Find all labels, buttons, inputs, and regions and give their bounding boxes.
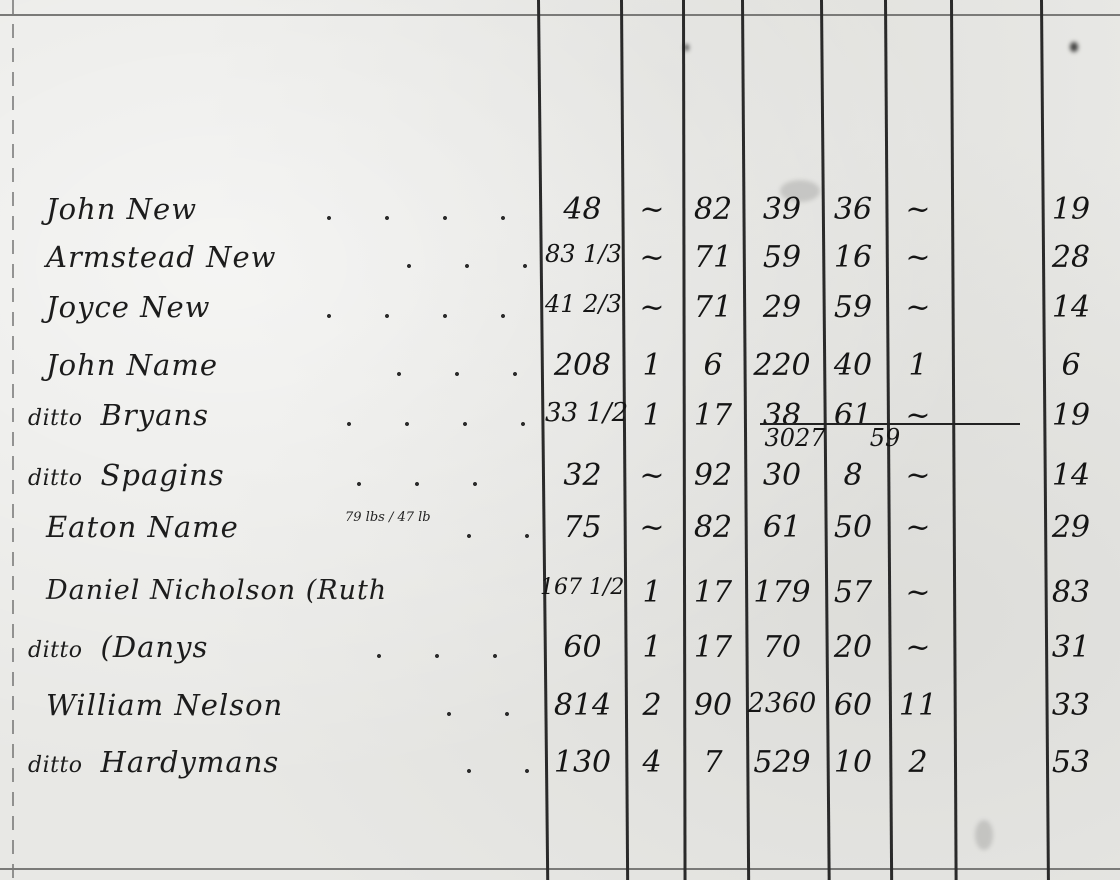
ink-dot bbox=[684, 44, 689, 51]
cell-c5: 57 bbox=[822, 575, 884, 610]
subtotal-c4: 3027 bbox=[760, 424, 830, 452]
dot-leader bbox=[350, 654, 530, 658]
ledger-row: John New 48 ~ 82 39 36 ~ 19 bbox=[0, 192, 1120, 244]
cell-c1: 75 bbox=[545, 510, 620, 545]
cell-c5: 36 bbox=[822, 192, 884, 227]
dot-leader bbox=[300, 314, 530, 318]
cell-c2: 1 bbox=[622, 630, 682, 665]
cell-c4: 2360 bbox=[743, 688, 821, 719]
cell-c2: 1 bbox=[622, 575, 682, 610]
cell-c4: 59 bbox=[743, 240, 821, 275]
cell-c4: 179 bbox=[743, 575, 821, 610]
cell-c1: 41 2/3 bbox=[545, 290, 620, 318]
cell-c7: 33 bbox=[1040, 688, 1102, 723]
entry-name: Eaton Name bbox=[28, 510, 239, 544]
cell-c3: 17 bbox=[684, 398, 742, 433]
cell-c6: ~ bbox=[886, 240, 950, 275]
cell-c6: 1 bbox=[886, 348, 950, 383]
cell-c4: 30 bbox=[743, 458, 821, 493]
cell-c2: 2 bbox=[622, 688, 682, 723]
cell-c3: 7 bbox=[684, 745, 742, 780]
entry-name: John New bbox=[28, 192, 197, 226]
entry-name: John Name bbox=[28, 348, 218, 382]
cell-c5: 59 bbox=[822, 290, 884, 325]
cell-c7: 14 bbox=[1040, 458, 1102, 493]
dot-leader bbox=[370, 372, 530, 376]
cell-c4: 29 bbox=[743, 290, 821, 325]
cell-c6: 11 bbox=[886, 688, 950, 723]
cell-c7: 83 bbox=[1040, 575, 1102, 610]
cell-c3: 17 bbox=[684, 575, 742, 610]
entry-name: dittoHardymans bbox=[28, 745, 279, 779]
entry-name: Armstead New bbox=[28, 240, 276, 274]
entry-name: Joyce New bbox=[28, 290, 210, 324]
entry-name: William Nelson bbox=[28, 688, 283, 722]
cell-c3: 71 bbox=[684, 240, 742, 275]
dot-leader bbox=[300, 216, 530, 220]
dot-leader bbox=[380, 264, 530, 268]
cell-c7: 19 bbox=[1040, 192, 1102, 227]
cell-c3: 90 bbox=[684, 688, 742, 723]
cell-c3: 82 bbox=[684, 510, 742, 545]
cell-c6: 2 bbox=[886, 745, 950, 780]
cell-c3: 6 bbox=[684, 348, 742, 383]
cell-c2: ~ bbox=[622, 290, 682, 325]
dot-leader bbox=[440, 769, 530, 773]
ledger-row: Armstead New 83 1/3 ~ 71 59 16 ~ 28 bbox=[0, 240, 1120, 292]
entry-name: ditto(Danys bbox=[28, 630, 208, 664]
cell-c6: ~ bbox=[886, 630, 950, 665]
cell-c5: 40 bbox=[822, 348, 884, 383]
entry-name: dittoBryans bbox=[28, 398, 209, 432]
dot-leader bbox=[420, 712, 530, 716]
cell-c7: 19 bbox=[1040, 398, 1102, 433]
cell-c3: 92 bbox=[684, 458, 742, 493]
cell-c1: 33 1/2 bbox=[545, 398, 620, 428]
cell-c3: 71 bbox=[684, 290, 742, 325]
cell-c7: 31 bbox=[1040, 630, 1102, 665]
cell-c5: 50 bbox=[822, 510, 884, 545]
cell-c6: ~ bbox=[886, 192, 950, 227]
cell-c4: 70 bbox=[743, 630, 821, 665]
ledger-row: ditto(Danys 60 1 17 70 20 ~ 31 bbox=[0, 630, 1120, 682]
cell-c5: 20 bbox=[822, 630, 884, 665]
cell-c1: 32 bbox=[545, 458, 620, 493]
cell-c4: 529 bbox=[743, 745, 821, 780]
ledger-row: Daniel Nicholson (Ruth 167 1/2 1 17 179 … bbox=[0, 575, 1120, 627]
cell-c1: 83 1/3 bbox=[545, 240, 620, 268]
cell-c4: 61 bbox=[743, 510, 821, 545]
dot-leader bbox=[320, 422, 530, 426]
cell-c2: ~ bbox=[622, 510, 682, 545]
cell-c1: 814 bbox=[545, 688, 620, 723]
cell-c5: 16 bbox=[822, 240, 884, 275]
dot-leader bbox=[330, 482, 530, 486]
ledger-row: Eaton Name 79 lbs / 47 lb 75 ~ 82 61 50 … bbox=[0, 510, 1120, 562]
cell-c7: 53 bbox=[1040, 745, 1102, 780]
cell-c6: ~ bbox=[886, 458, 950, 493]
cell-c6: ~ bbox=[886, 575, 950, 610]
cell-c7: 28 bbox=[1040, 240, 1102, 275]
cell-c1: 208 bbox=[545, 348, 620, 383]
cell-c1: 130 bbox=[545, 745, 620, 780]
cell-c7: 29 bbox=[1040, 510, 1102, 545]
cell-c5: 10 bbox=[822, 745, 884, 780]
cell-c4: 39 bbox=[743, 192, 821, 227]
cell-c6: ~ bbox=[886, 290, 950, 325]
ledger-row: dittoHardymans 130 4 7 529 10 2 53 bbox=[0, 745, 1120, 797]
cell-c2: 1 bbox=[622, 348, 682, 383]
cell-c4: 220 bbox=[743, 348, 821, 383]
cell-c5: 60 bbox=[822, 688, 884, 723]
cell-c2: ~ bbox=[622, 240, 682, 275]
ledger-row: Joyce New 41 2/3 ~ 71 29 59 ~ 14 bbox=[0, 290, 1120, 342]
cell-c7: 6 bbox=[1040, 348, 1102, 383]
entry-name: dittoSpagins bbox=[28, 458, 225, 492]
subtotal-c5: 59 bbox=[860, 424, 910, 452]
cell-c3: 82 bbox=[684, 192, 742, 227]
ink-dot bbox=[1070, 42, 1078, 52]
cell-c2: 4 bbox=[622, 745, 682, 780]
ledger-row: John Name 208 1 6 220 40 1 6 bbox=[0, 348, 1120, 400]
cell-c6: ~ bbox=[886, 510, 950, 545]
cell-c3: 17 bbox=[684, 630, 742, 665]
cell-c1: 167 1/2 bbox=[540, 575, 620, 600]
bottom-rule bbox=[0, 868, 1120, 870]
cell-c5: 8 bbox=[822, 458, 884, 493]
ink-smudge bbox=[975, 820, 993, 850]
entry-name: Daniel Nicholson (Ruth bbox=[28, 575, 387, 606]
cell-c1: 48 bbox=[545, 192, 620, 227]
ledger-row: dittoSpagins 32 ~ 92 30 8 ~ 14 bbox=[0, 458, 1120, 510]
dot-leader bbox=[440, 534, 530, 538]
weight-annotation: 79 lbs / 47 lb bbox=[345, 510, 431, 525]
cell-c7: 14 bbox=[1040, 290, 1102, 325]
cell-c1: 60 bbox=[545, 630, 620, 665]
ledger-page: John New 48 ~ 82 39 36 ~ 19 Armstead New… bbox=[0, 0, 1120, 880]
ledger-row: William Nelson 814 2 90 2360 60 11 33 bbox=[0, 688, 1120, 740]
cell-c2: ~ bbox=[622, 192, 682, 227]
cell-c2: ~ bbox=[622, 458, 682, 493]
cell-c2: 1 bbox=[622, 398, 682, 433]
